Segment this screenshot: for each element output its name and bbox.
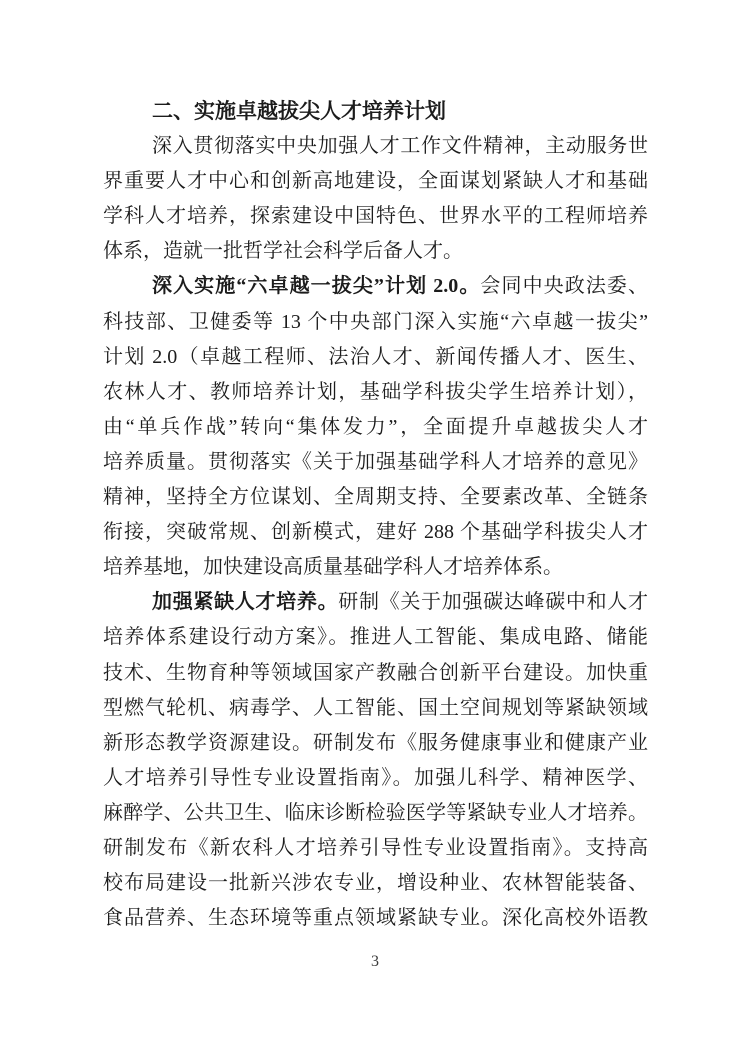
text-run: 深入贯彻落实中央加强人才工作文件精神，主动服务世	[152, 135, 648, 157]
text-run: 精神，坚持全方位谋划、全周期支持、全要素改革、全链条	[103, 486, 648, 508]
text-run: 人才培养引导性专业设置指南》。加强儿科学、精神医学、	[103, 767, 648, 789]
page-number: 3	[0, 950, 750, 974]
text-line: 技术、生物育种等领域国家产教融合创新平台建设。加快重	[103, 656, 648, 691]
text-line: 食品营养、生态环境等重点领域紧缺专业。深化高校外语教	[103, 901, 648, 936]
text-line: 加强紧缺人才培养。研制《关于加强碳达峰碳中和人才	[103, 585, 648, 620]
text-line: 体系，造就一批哲学社会科学后备人才。	[103, 234, 648, 269]
document-body: 二、实施卓越拔尖人才培养计划 深入贯彻落实中央加强人才工作文件精神，主动服务世界…	[103, 94, 648, 936]
text-run: 校布局建设一批新兴涉农专业，增设种业、农林智能装备、	[103, 872, 648, 894]
section-heading: 二、实施卓越拔尖人才培养计划	[103, 94, 648, 129]
text-run: 体系，造就一批哲学社会科学后备人才。	[103, 240, 463, 262]
text-line: 培养质量。贯彻落实《关于加强基础学科人才培养的意见》	[103, 445, 648, 480]
text-line: 深入贯彻落实中央加强人才工作文件精神，主动服务世	[103, 129, 648, 164]
text-run: 型燃气轮机、病毒学、人工智能、国土空间规划等紧缺领域	[103, 697, 648, 719]
text-line: 农林人才、教师培养计划，基础学科拔尖学生培养计划），	[103, 375, 648, 410]
text-line: 界重要人才中心和创新高地建设，全面谋划紧缺人才和基础	[103, 164, 648, 199]
text-line: 精神，坚持全方位谋划、全周期支持、全要素改革、全链条	[103, 480, 648, 515]
body-lines: 深入贯彻落实中央加强人才工作文件精神，主动服务世界重要人才中心和创新高地建设，全…	[103, 129, 648, 936]
text-line: 学科人才培养，探索建设中国特色、世界水平的工程师培养	[103, 199, 648, 234]
bold-run: 加强紧缺人才培养。	[152, 591, 338, 613]
text-run: 科技部、卫健委等 13 个中央部门深入实施“六卓越一拔尖”	[103, 311, 648, 333]
document-page: 二、实施卓越拔尖人才培养计划 深入贯彻落实中央加强人才工作文件精神，主动服务世界…	[0, 0, 750, 1060]
text-run: 技术、生物育种等领域国家产教融合创新平台建设。加快重	[103, 662, 648, 684]
text-line: 深入实施“六卓越一拔尖”计划 2.0。会同中央政法委、	[103, 269, 648, 304]
text-run: 界重要人才中心和创新高地建设，全面谋划紧缺人才和基础	[103, 170, 648, 192]
text-run: 会同中央政法委、	[480, 275, 648, 297]
text-run: 培养基地，加快建设高质量基础学科人才培养体系。	[103, 556, 563, 578]
text-run: 计划 2.0（卓越工程师、法治人才、新闻传播人才、医生、	[103, 346, 648, 368]
text-line: 研制发布《新农科人才培养引导性专业设置指南》。支持高	[103, 831, 648, 866]
text-line: 培养体系建设行动方案》。推进人工智能、集成电路、储能	[103, 620, 648, 655]
text-run: 研制发布《新农科人才培养引导性专业设置指南》。支持高	[103, 837, 648, 859]
text-run: 培养体系建设行动方案》。推进人工智能、集成电路、储能	[103, 626, 648, 648]
text-run: 研制《关于加强碳达峰碳中和人才	[338, 591, 648, 613]
text-line: 人才培养引导性专业设置指南》。加强儿科学、精神医学、	[103, 761, 648, 796]
text-run: 农林人才、教师培养计划，基础学科拔尖学生培养计划），	[103, 381, 648, 403]
text-line: 计划 2.0（卓越工程师、法治人才、新闻传播人才、医生、	[103, 340, 648, 375]
text-line: 科技部、卫健委等 13 个中央部门深入实施“六卓越一拔尖”	[103, 305, 648, 340]
text-run: 由“单兵作战”转向“集体发力”，全面提升卓越拔尖人才	[103, 416, 648, 438]
text-run: 学科人才培养，探索建设中国特色、世界水平的工程师培养	[103, 205, 648, 227]
text-line: 型燃气轮机、病毒学、人工智能、国土空间规划等紧缺领域	[103, 691, 648, 726]
bold-run: 深入实施“六卓越一拔尖”计划 2.0。	[152, 275, 480, 297]
text-run: 新形态教学资源建设。研制发布《服务健康事业和健康产业	[103, 732, 648, 754]
text-line: 麻醉学、公共卫生、临床诊断检验医学等紧缺专业人才培养。	[103, 796, 648, 831]
text-line: 新形态教学资源建设。研制发布《服务健康事业和健康产业	[103, 726, 648, 761]
text-line: 校布局建设一批新兴涉农专业，增设种业、农林智能装备、	[103, 866, 648, 901]
text-run: 衔接，突破常规、创新模式，建好 288 个基础学科拔尖人才	[103, 521, 648, 543]
text-run: 麻醉学、公共卫生、临床诊断检验医学等紧缺专业人才培养。	[103, 802, 648, 824]
text-run: 食品营养、生态环境等重点领域紧缺专业。深化高校外语教	[103, 907, 648, 929]
text-line: 培养基地，加快建设高质量基础学科人才培养体系。	[103, 550, 648, 585]
text-run: 培养质量。贯彻落实《关于加强基础学科人才培养的意见》	[103, 451, 648, 473]
text-line: 由“单兵作战”转向“集体发力”，全面提升卓越拔尖人才	[103, 410, 648, 445]
text-line: 衔接，突破常规、创新模式，建好 288 个基础学科拔尖人才	[103, 515, 648, 550]
